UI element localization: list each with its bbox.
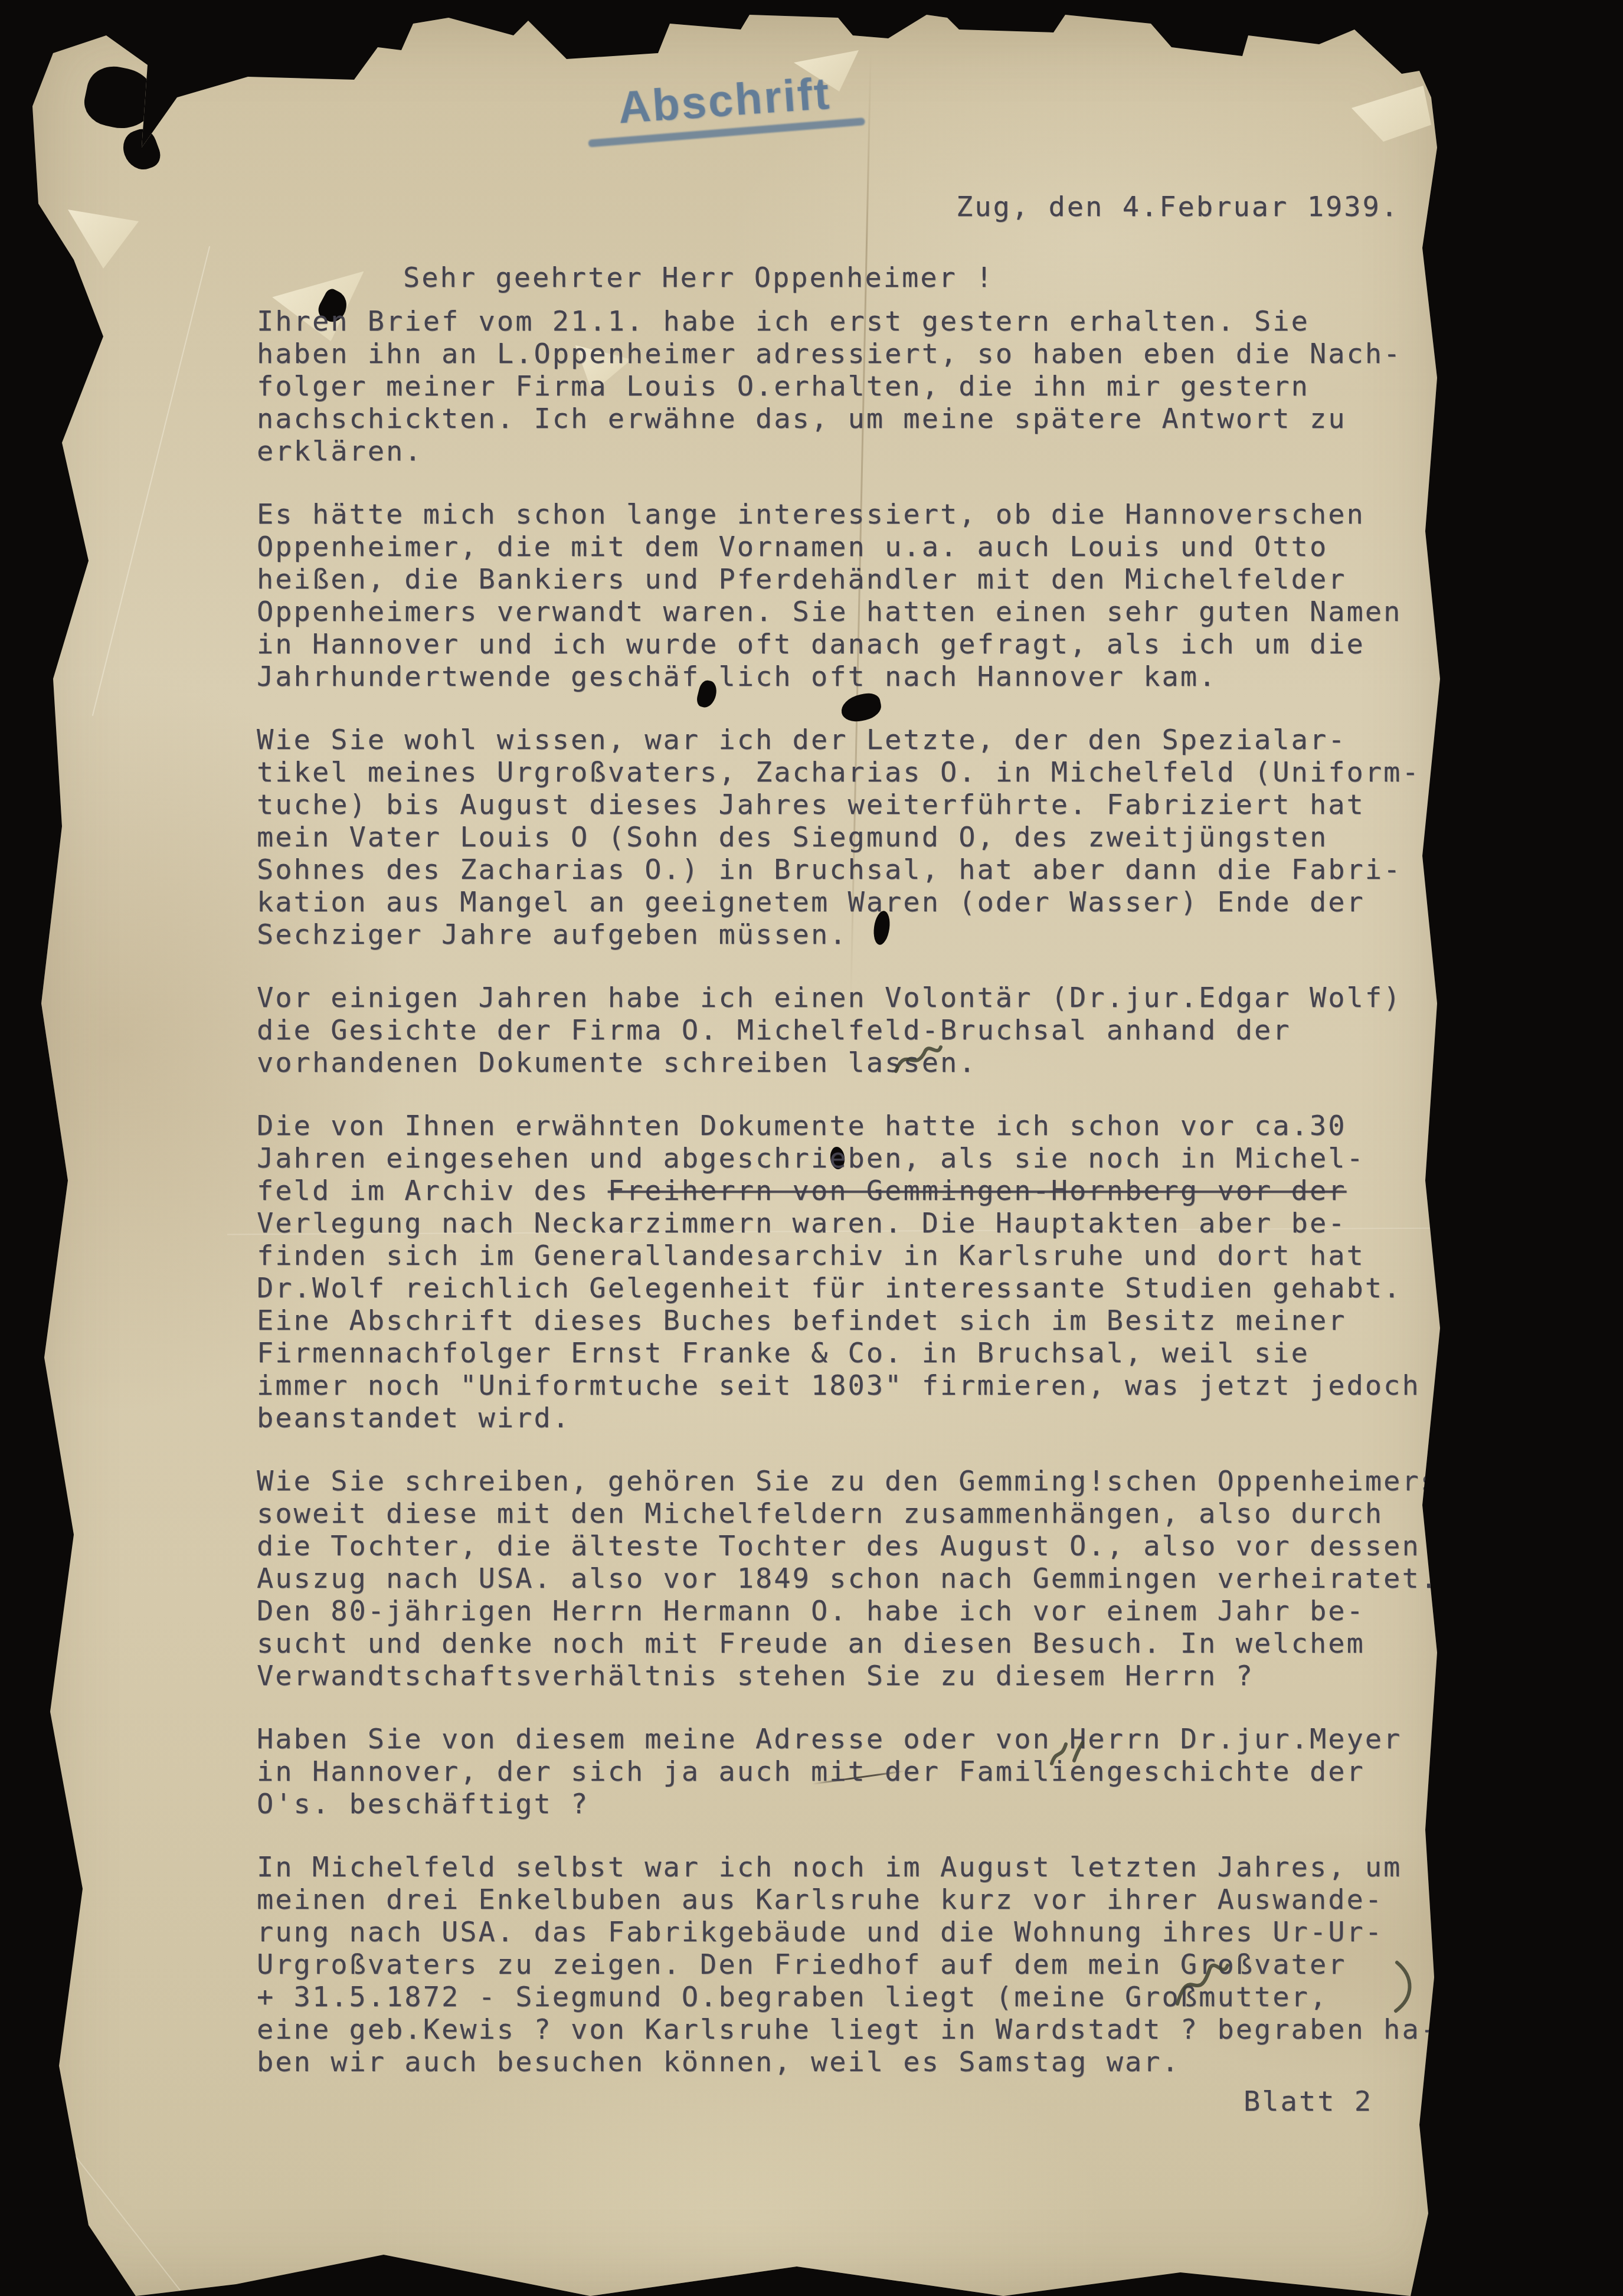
- text-line: heißen, die Bankiers und Pferdehändler m…: [257, 563, 1496, 596]
- text-line: + 31.5.1872 - Siegmund O.begraben liegt …: [257, 1981, 1496, 2013]
- paragraph: Es hätte mich schon lange interessiert, …: [257, 498, 1496, 693]
- text-line: die Gesichte der Firma O. Michelfeld-Bru…: [257, 1014, 1496, 1046]
- page-number-label: Blatt 2: [1244, 2085, 1373, 2118]
- paragraph: Vor einigen Jahren habe ich einen Volont…: [257, 982, 1496, 1079]
- abschrift-stamp: Abschrift: [584, 66, 865, 146]
- text-line: in Hannover, der sich ja auch mit der Fa…: [257, 1755, 1496, 1788]
- text-line: in Hannover und ich wurde oft danach gef…: [257, 628, 1496, 660]
- text-line: Sechziger Jahre aufgeben müssen.: [257, 918, 1496, 951]
- letter-body: Ihren Brief vom 21.1. habe ich erst gest…: [257, 305, 1496, 2109]
- text-line: Jahren eingesehen und abgeschrieben, als…: [257, 1142, 1496, 1175]
- handwritten-correction-mark: [1169, 1954, 1233, 2013]
- paragraph: Wie Sie schreiben, gehören Sie zu den Ge…: [257, 1465, 1496, 1692]
- text-line: Haben Sie von diesem meine Adresse oder …: [257, 1723, 1496, 1755]
- text-line: die Tochter, die älteste Tochter des Aug…: [257, 1530, 1496, 1562]
- text-line: Auszug nach USA. also vor 1849 schon nac…: [257, 1562, 1496, 1595]
- paragraph: Ihren Brief vom 21.1. habe ich erst gest…: [257, 305, 1496, 467]
- text-line: Urgroßvaters zu zeigen. Den Friedhof auf…: [257, 1948, 1496, 1981]
- text-line: Dr.Wolf reichlich Gelegenheit für intere…: [257, 1272, 1496, 1304]
- text-line: In Michelfeld selbst war ich noch im Aug…: [257, 1851, 1496, 1883]
- text-line: tuche) bis August dieses Jahres weiterfü…: [257, 789, 1496, 821]
- text-line: sucht und denke noch mit Freude an diese…: [257, 1627, 1496, 1660]
- text-line: finden sich im Generallandesarchiv in Ka…: [257, 1239, 1496, 1272]
- torn-paper-flap: [68, 210, 139, 269]
- paragraph: Haben Sie von diesem meine Adresse oder …: [257, 1723, 1496, 1820]
- text-line: beanstandet wird.: [257, 1402, 1496, 1434]
- text-line: Verwandtschaftsverhältnis stehen Sie zu …: [257, 1660, 1496, 1692]
- paper-hole: [118, 125, 164, 175]
- handwritten-correction-mark: [1045, 1737, 1092, 1770]
- text-line: Es hätte mich schon lange interessiert, …: [257, 498, 1496, 531]
- paragraph: In Michelfeld selbst war ich noch im Aug…: [257, 1851, 1496, 2078]
- paper-crease: [92, 246, 210, 716]
- salutation: Sehr geehrter Herr Oppenheimer !: [403, 261, 994, 294]
- text-line: Sohnes des Zacharias O.) in Bruchsal, ha…: [257, 853, 1496, 886]
- text-line: haben ihn an L.Oppenheimer adressiert, s…: [257, 338, 1496, 370]
- handwritten-correction-mark: [891, 1039, 944, 1080]
- text-line: Wie Sie schreiben, gehören Sie zu den Ge…: [257, 1465, 1496, 1497]
- text-line: Eine Abschrift dieses Buches befindet si…: [257, 1304, 1496, 1337]
- text-line: Wie Sie wohl wissen, war ich der Letzte,…: [257, 724, 1496, 756]
- text-line: rung nach USA. das Fabrikgebäude und die…: [257, 1916, 1496, 1948]
- text-line: vorhandenen Dokumente schreiben lassen.: [257, 1046, 1496, 1079]
- text-line: mein Vater Louis O (Sohn des Siegmund O,…: [257, 821, 1496, 853]
- text-line: immer noch "Uniformtuche seit 1803" firm…: [257, 1369, 1496, 1402]
- text-line: Oppenheimer, die mit dem Vornamen u.a. a…: [257, 531, 1496, 563]
- text-line: soweit diese mit den Michelfeldern zusam…: [257, 1497, 1496, 1530]
- text-line: Firmennachfolger Ernst Franke & Co. in B…: [257, 1337, 1496, 1369]
- text-line: Die von Ihnen erwähnten Dokumente hatte …: [257, 1110, 1496, 1142]
- dateline: Zug, den 4.Februar 1939.: [956, 191, 1399, 223]
- text-line: meinen drei Enkelbuben aus Karlsruhe kur…: [257, 1883, 1496, 1916]
- text-line: Ihren Brief vom 21.1. habe ich erst gest…: [257, 305, 1496, 338]
- paper-hole: [80, 61, 161, 135]
- scan-background: Abschrift Zug, den 4.Februar 1939. Sehr …: [0, 0, 1623, 2296]
- text-line: feld im Archiv des Freiherrn von Gemming…: [257, 1175, 1496, 1207]
- torn-paper-flap: [1352, 86, 1431, 142]
- text-line: Jahrhundertwende geschäf lich oft nach H…: [257, 660, 1496, 693]
- paragraph: Wie Sie wohl wissen, war ich der Letzte,…: [257, 724, 1496, 951]
- paper-crease: [27, 2095, 181, 2291]
- text-line: Oppenheimers verwandt waren. Sie hatten …: [257, 596, 1496, 628]
- text-line: erklären.: [257, 435, 1496, 467]
- text-line: Vor einigen Jahren habe ich einen Volont…: [257, 982, 1496, 1014]
- text-line: tikel meines Urgroßvaters, Zacharias O. …: [257, 756, 1496, 789]
- paragraph: Die von Ihnen erwähnten Dokumente hatte …: [257, 1110, 1496, 1434]
- text-line: Verlegung nach Neckarzimmern waren. Die …: [257, 1207, 1496, 1239]
- letter-page: Abschrift Zug, den 4.Februar 1939. Sehr …: [32, 15, 1449, 2296]
- handwritten-paren-mark: [1390, 1957, 1419, 2016]
- text-line: Den 80-jährigen Herrn Hermann O. habe ic…: [257, 1595, 1496, 1627]
- text-line: ben wir auch besuchen können, weil es Sa…: [257, 2046, 1496, 2078]
- text-line: nachschickten. Ich erwähne das, um meine…: [257, 403, 1496, 435]
- text-line: O's. beschäftigt ?: [257, 1788, 1496, 1820]
- text-line: folger meiner Firma Louis O.erhalten, di…: [257, 370, 1496, 403]
- text-line: kation aus Mangel an geeignetem Waren (o…: [257, 886, 1496, 918]
- text-line: eine geb.Kewis ? von Karlsruhe liegt in …: [257, 2013, 1496, 2046]
